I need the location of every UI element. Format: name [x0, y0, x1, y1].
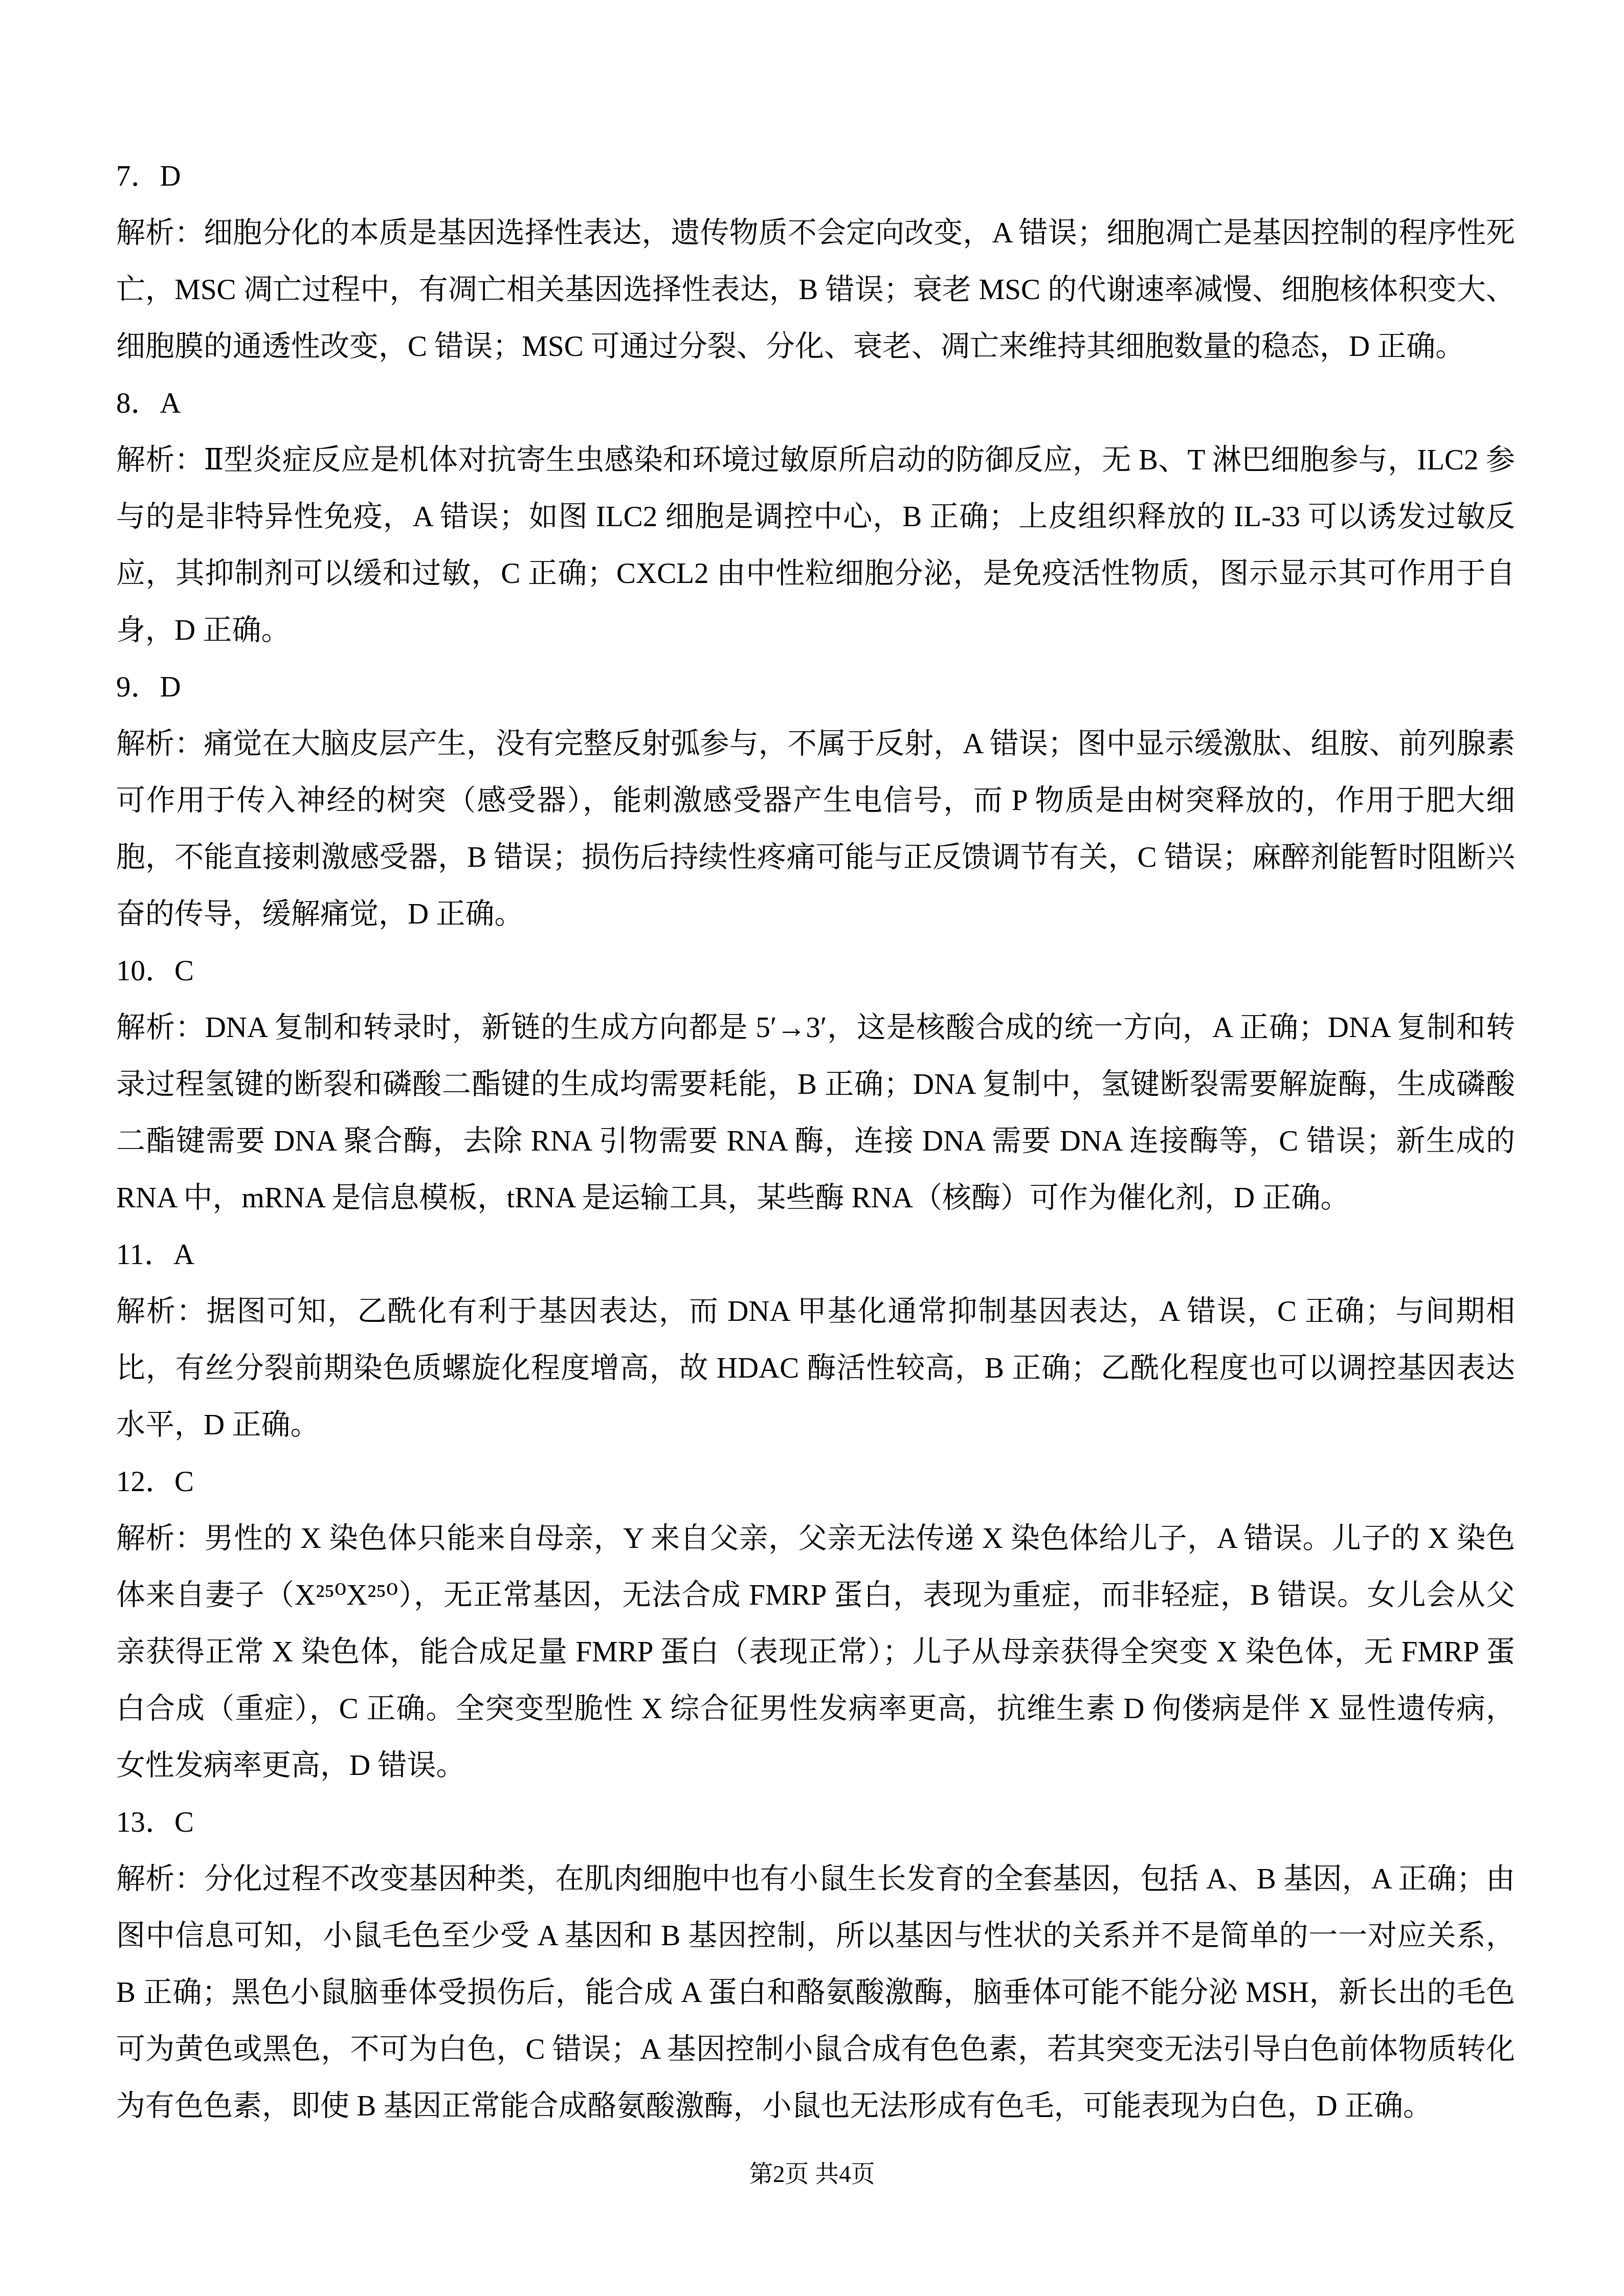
answer-label-10: 10．C	[116, 942, 1515, 999]
answer-block-9: 9．D 解析：痛觉在大脑皮层产生，没有完整反射弧参与，不属于反射，A 错误；图中…	[116, 659, 1515, 942]
answer-key-content: 7．D 解析：细胞分化的本质是基因选择性表达，遗传物质不会定向改变，A 错误；细…	[116, 148, 1515, 2134]
answer-block-10: 10．C 解析：DNA 复制和转录时，新链的生成方向都是 5′→3′，这是核酸合…	[116, 942, 1515, 1226]
answer-explanation-9: 解析：痛觉在大脑皮层产生，没有完整反射弧参与，不属于反射，A 错误；图中显示缓激…	[116, 715, 1515, 942]
answer-explanation-13: 解析：分化过程不改变基因种类，在肌肉细胞中也有小鼠生长发育的全套基因，包括 A、…	[116, 1851, 1515, 2134]
answer-block-7: 7．D 解析：细胞分化的本质是基因选择性表达，遗传物质不会定向改变，A 错误；细…	[116, 148, 1515, 375]
document-page: 7．D 解析：细胞分化的本质是基因选择性表达，遗传物质不会定向改变，A 错误；细…	[0, 0, 1624, 2296]
answer-block-11: 11．A 解析：据图可知，乙酰化有利于基因表达，而 DNA 甲基化通常抑制基因表…	[116, 1226, 1515, 1453]
answer-block-8: 8．A 解析：Ⅱ型炎症反应是机体对抗寄生虫感染和环境过敏原所启动的防御反应，无 …	[116, 375, 1515, 659]
answer-label-13: 13．C	[116, 1794, 1515, 1851]
answer-label-8: 8．A	[116, 375, 1515, 432]
answer-label-12: 12．C	[116, 1453, 1515, 1510]
page-footer: 第2页 共4页	[0, 2159, 1624, 2190]
answer-label-7: 7．D	[116, 148, 1515, 205]
answer-block-12: 12．C 解析：男性的 X 染色体只能来自母亲，Y 来自父亲，父亲无法传递 X …	[116, 1453, 1515, 1794]
answer-block-13: 13．C 解析：分化过程不改变基因种类，在肌肉细胞中也有小鼠生长发育的全套基因，…	[116, 1794, 1515, 2134]
answer-explanation-10: 解析：DNA 复制和转录时，新链的生成方向都是 5′→3′，这是核酸合成的统一方…	[116, 999, 1515, 1226]
answer-label-9: 9．D	[116, 659, 1515, 715]
answer-explanation-11: 解析：据图可知，乙酰化有利于基因表达，而 DNA 甲基化通常抑制基因表达，A 错…	[116, 1283, 1515, 1453]
answer-explanation-8: 解析：Ⅱ型炎症反应是机体对抗寄生虫感染和环境过敏原所启动的防御反应，无 B、T …	[116, 432, 1515, 659]
answer-explanation-12: 解析：男性的 X 染色体只能来自母亲，Y 来自父亲，父亲无法传递 X 染色体给儿…	[116, 1510, 1515, 1794]
answer-explanation-7: 解析：细胞分化的本质是基因选择性表达，遗传物质不会定向改变，A 错误；细胞凋亡是…	[116, 205, 1515, 375]
answer-label-11: 11．A	[116, 1226, 1515, 1283]
